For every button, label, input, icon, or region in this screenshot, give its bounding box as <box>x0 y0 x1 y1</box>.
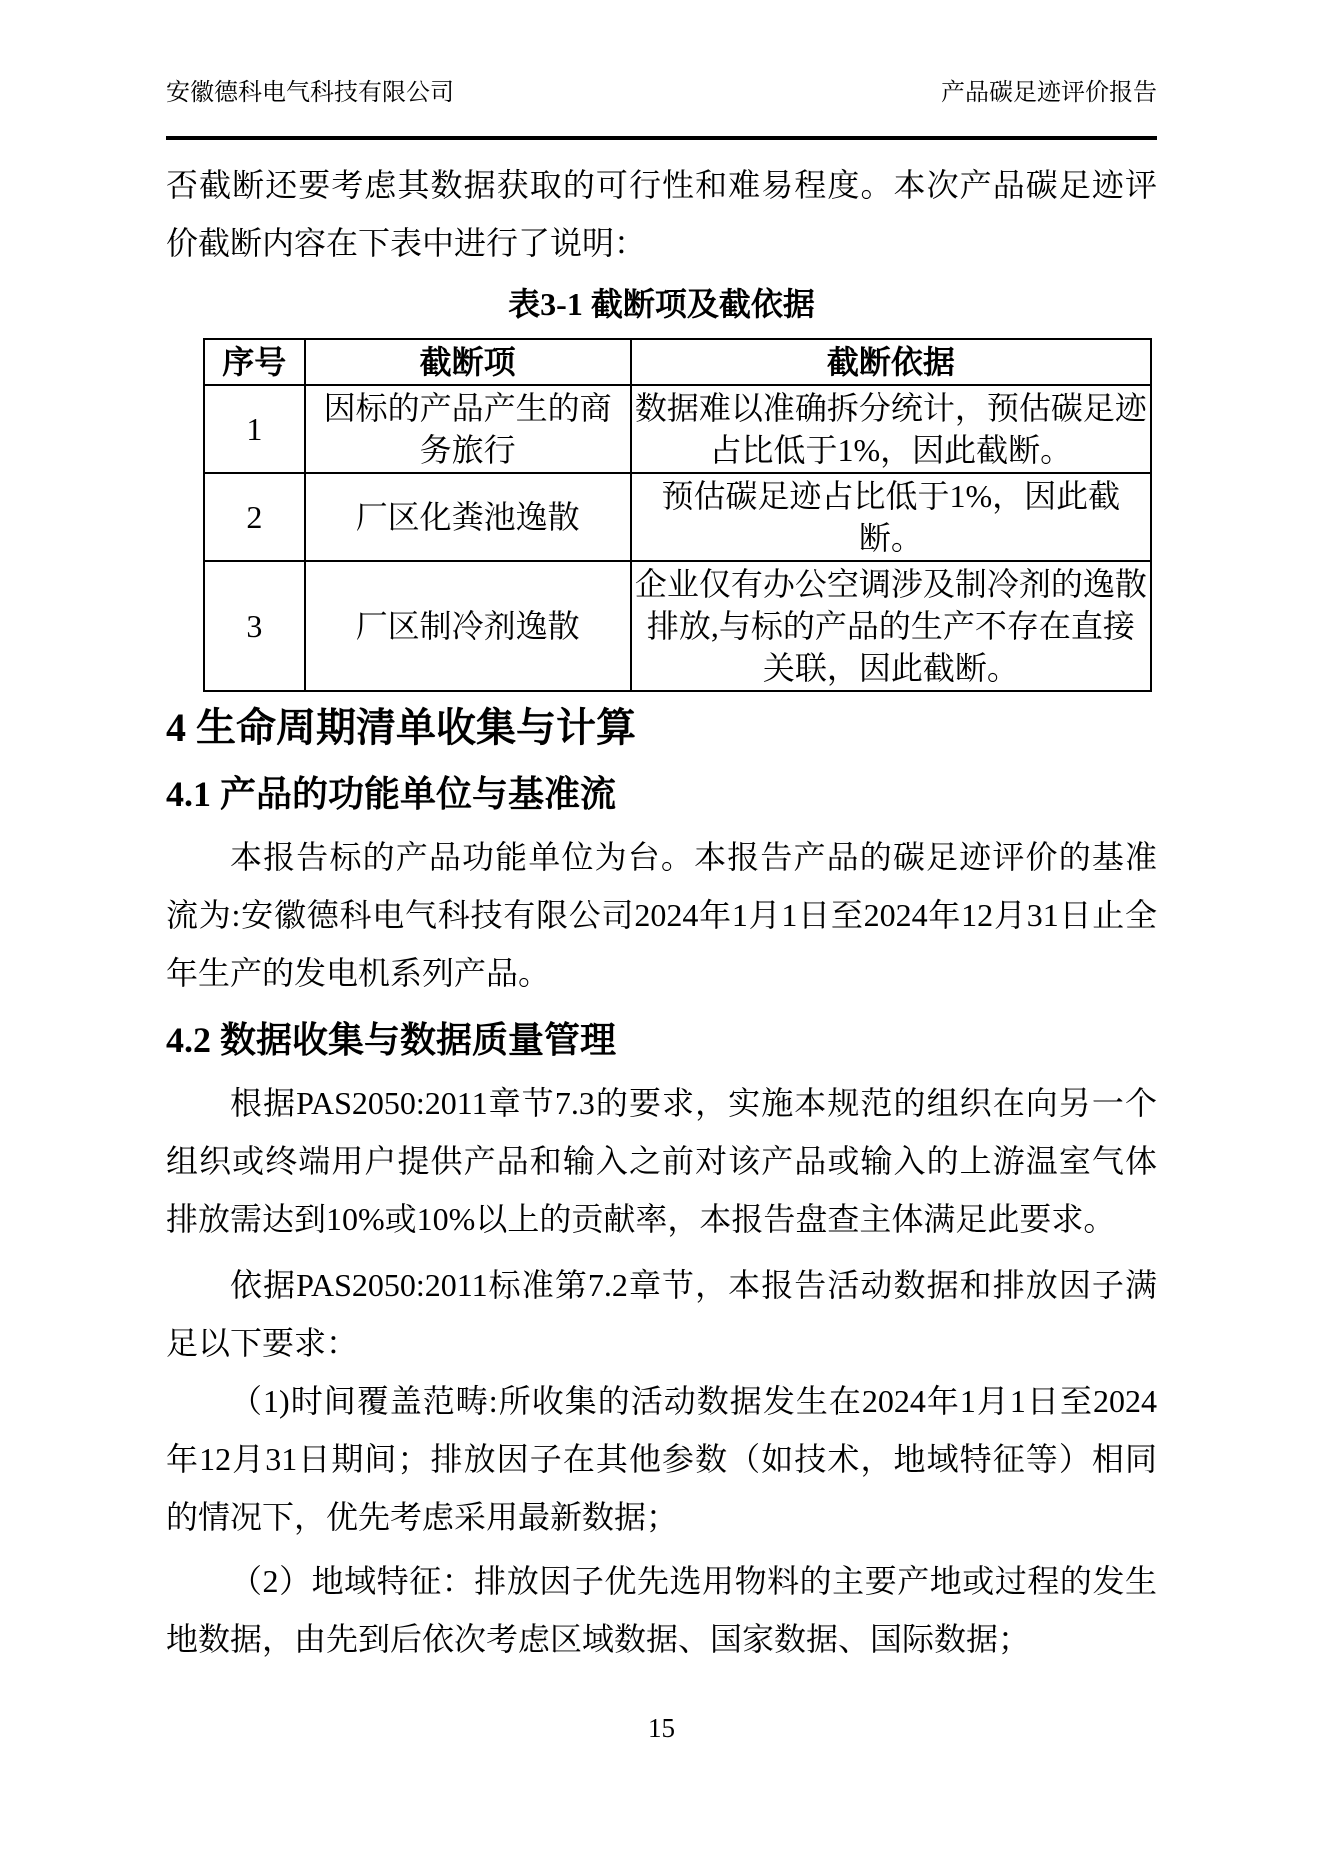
table-header-row: 序号 截断项 截断依据 <box>204 339 1151 385</box>
cell-item: 厂区化粪池逸散 <box>305 473 631 561</box>
paragraph-geographic-feature: （2）地域特征：排放因子优先选用物料的主要产地或过程的发生地数据，由先到后依次考… <box>166 1552 1157 1668</box>
truncation-table: 序号 截断项 截断依据 1 因标的产品产生的商务旅行 数据难以准确拆分统计，预估… <box>203 338 1152 692</box>
page-header: 安徽德科电气科技有限公司 产品碳足迹评价报告 <box>166 0 1157 108</box>
page-content: 安徽德科电气科技有限公司 产品碳足迹评价报告 否截断还要考虑其数据获取的可行性和… <box>0 0 1323 1668</box>
paragraph-functional-unit: 本报告标的产品功能单位为台。本报告产品的碳足迹评价的基准流为:安徽德科电气科技有… <box>166 828 1157 1002</box>
section-heading-4-1: 4.1 产品的功能单位与基准流 <box>166 770 1157 818</box>
intro-paragraph: 否截断还要考虑其数据获取的可行性和难易程度。本次产品碳足迹评价截断内容在下表中进… <box>166 156 1157 272</box>
cell-no: 2 <box>204 473 305 561</box>
cell-no: 1 <box>204 385 305 473</box>
cell-item: 因标的产品产生的商务旅行 <box>305 385 631 473</box>
section-heading-4: 4 生命周期清单收集与计算 <box>166 702 1157 754</box>
page-number: 15 <box>0 1712 1323 1744</box>
col-header-no: 序号 <box>204 339 305 385</box>
header-company-name: 安徽德科电气科技有限公司 <box>166 78 454 108</box>
table-row: 3 厂区制冷剂逸散 企业仅有办公空调涉及制冷剂的逸散排放,与标的产品的生产不存在… <box>204 561 1151 691</box>
paragraph-pas2050-7-3: 根据PAS2050:2011章节7.3的要求，实施本规范的组织在向另一个组织或终… <box>166 1074 1157 1248</box>
cell-basis: 企业仅有办公空调涉及制冷剂的逸散排放,与标的产品的生产不存在直接关联，因此截断。 <box>631 561 1151 691</box>
header-rule <box>166 136 1157 140</box>
col-header-basis: 截断依据 <box>631 339 1151 385</box>
col-header-item: 截断项 <box>305 339 631 385</box>
cell-basis: 预估碳足迹占比低于1%，因此截断。 <box>631 473 1151 561</box>
table-caption: 表3-1 截断项及截依据 <box>166 284 1157 324</box>
header-report-title: 产品碳足迹评价报告 <box>941 78 1157 108</box>
cell-basis: 数据难以准确拆分统计，预估碳足迹占比低于1%，因此截断。 <box>631 385 1151 473</box>
cell-item: 厂区制冷剂逸散 <box>305 561 631 691</box>
cell-no: 3 <box>204 561 305 691</box>
paragraph-pas2050-7-2: 依据PAS2050:2011标准第7.2章节，本报告活动数据和排放因子满足以下要… <box>166 1256 1157 1372</box>
section-heading-4-2: 4.2 数据收集与数据质量管理 <box>166 1016 1157 1064</box>
report-page: { "colors": { "text": "#000000", "backgr… <box>0 0 1323 1871</box>
table-row: 1 因标的产品产生的商务旅行 数据难以准确拆分统计，预估碳足迹占比低于1%，因此… <box>204 385 1151 473</box>
paragraph-time-coverage: （1)时间覆盖范畴:所收集的活动数据发生在2024年1月1日至2024年12月3… <box>166 1372 1157 1546</box>
table-row: 2 厂区化粪池逸散 预估碳足迹占比低于1%，因此截断。 <box>204 473 1151 561</box>
